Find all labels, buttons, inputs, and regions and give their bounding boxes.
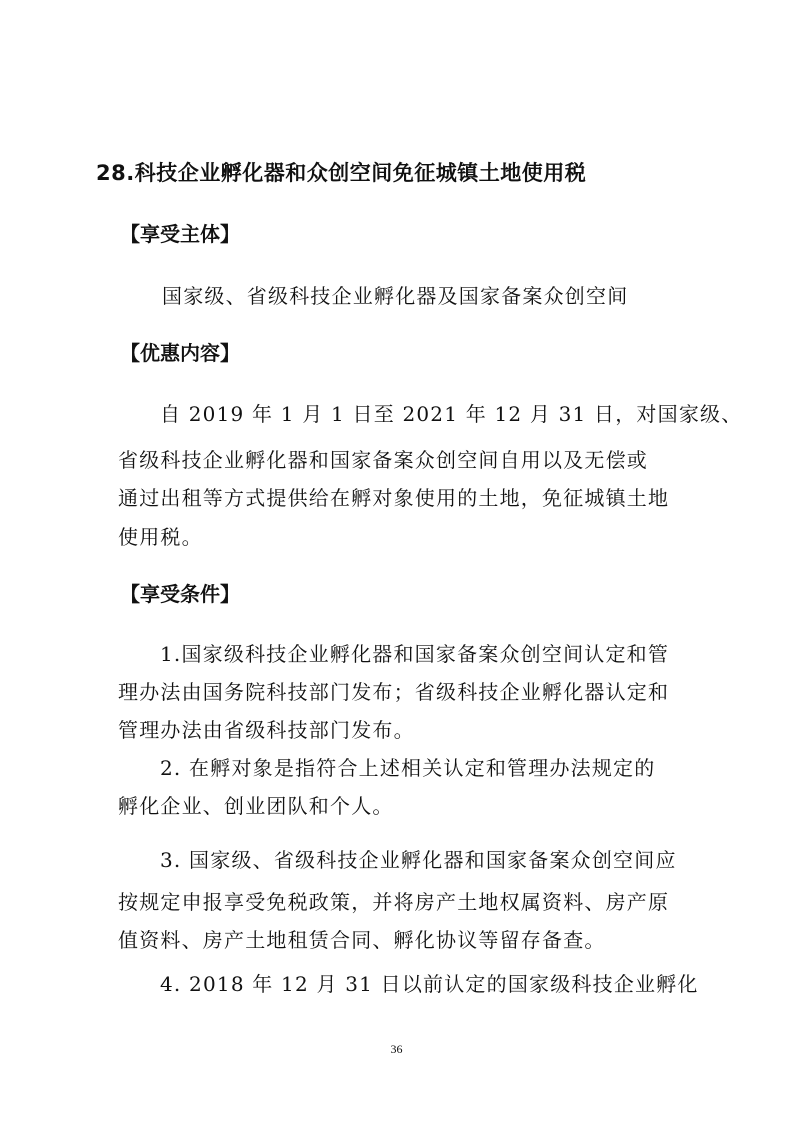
section-heading-beneficiary: 【享受主体】: [120, 218, 240, 247]
paragraph-line: 2. 在孵对象是指符合上述相关认定和管理办法规定的: [160, 752, 655, 781]
section-heading-conditions: 【享受条件】: [120, 578, 240, 607]
paragraph-line: 国家级、省级科技企业孵化器及国家备案众创空间: [162, 280, 628, 309]
paragraph-line: 3. 国家级、省级科技企业孵化器和国家备案众创空间应: [160, 844, 677, 873]
paragraph-line: 按规定申报享受免税政策，并将房产土地权属资料、房产原: [118, 886, 669, 915]
paragraph-line: 值资料、房产土地租赁合同、孵化协议等留存备查。: [118, 924, 606, 953]
paragraph-line: 孵化企业、创业团队和个人。: [118, 790, 394, 819]
paragraph-line: 省级科技企业孵化器和国家备案众创空间自用以及无偿或: [118, 444, 648, 473]
page-title: 28.科技企业孵化器和众创空间免征城镇土地使用税: [96, 157, 586, 187]
paragraph-line: 1.国家级科技企业孵化器和国家备案众创空间认定和管: [160, 638, 669, 667]
paragraph-line: 通过出租等方式提供给在孵对象使用的土地，免征城镇土地: [118, 482, 669, 511]
paragraph-line: 理办法由国务院科技部门发布；省级科技企业孵化器认定和: [118, 676, 669, 705]
paragraph-line: 管理办法由省级科技部门发布。: [118, 714, 415, 743]
page-number: 36: [0, 1042, 793, 1057]
paragraph-line: 自 2019 年 1 月 1 日至 2021 年 12 月 31 日，对国家级、: [160, 398, 742, 427]
section-heading-benefit: 【优惠内容】: [120, 337, 240, 366]
document-page: 28.科技企业孵化器和众创空间免征城镇土地使用税 【享受主体】 国家级、省级科技…: [0, 0, 793, 1122]
paragraph-line: 使用税。: [118, 521, 203, 550]
paragraph-line: 4. 2018 年 12 月 31 日以前认定的国家级科技企业孵化: [160, 968, 699, 997]
